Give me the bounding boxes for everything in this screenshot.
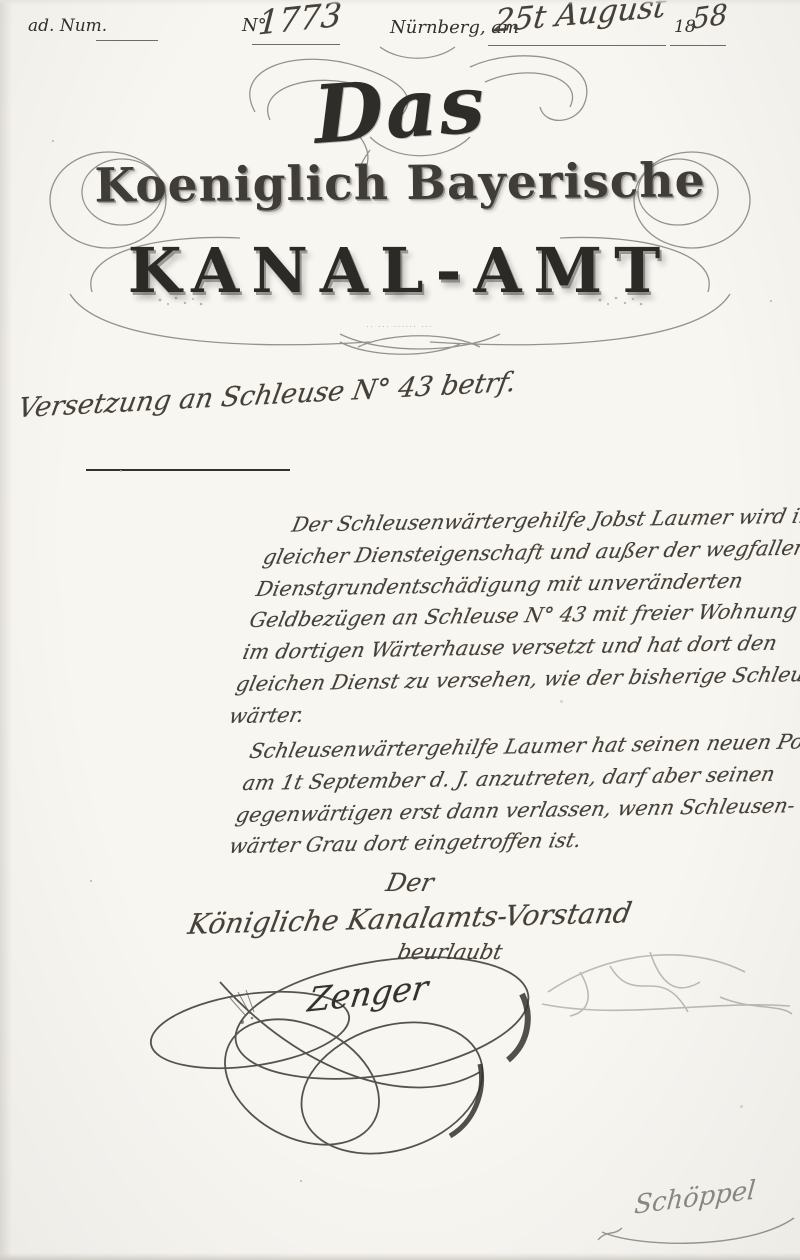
body-paragraph-2: Schleusenwärtergehilfe Laumer hat seinen… — [226, 726, 800, 864]
scanned-document-page: ad. Num. N° 1773 Nürnberg, am 25t August… — [0, 0, 800, 1260]
subject-divider-rule — [86, 469, 290, 471]
scan-edge-bottom — [0, 1253, 800, 1260]
letterhead-word-das: Das — [297, 55, 503, 163]
footer-note-underline-flourish — [598, 1214, 798, 1254]
date-handwritten: 25t August — [492, 0, 668, 40]
scan-speck — [770, 300, 772, 302]
scan-speck — [300, 1180, 302, 1182]
scan-speck — [120, 470, 122, 472]
year-handwritten: 58 — [692, 0, 728, 36]
subject-line-handwritten: Versetzung an Schleuse N° 43 betrf. — [16, 367, 519, 424]
ad-num-label: ad. Num. — [28, 16, 107, 36]
letterhead-line-koeniglich-bayerische: Koeniglich Bayerische — [0, 153, 800, 215]
scan-speck — [740, 1105, 743, 1108]
body-paragraph-1: Der Schleusenwärtergehilfe Jobst Laumer … — [226, 499, 800, 732]
engraver-credit-tiny-text: ·· ··· ······ ··· — [0, 324, 800, 331]
pencil-countersignature-illegible — [540, 942, 795, 1027]
letterhead-line-kanal-amt: KANAL-AMT — [0, 234, 800, 307]
scan-edge-left — [0, 0, 12, 1260]
document-number-handwritten: 1773 — [257, 0, 343, 43]
scan-edge-top — [0, 0, 800, 5]
scan-speck — [690, 520, 692, 522]
closing-der: Der — [327, 868, 493, 897]
closing-title-kanalamts-vorstand: Königliche Kanalamts-Vorstand — [37, 892, 783, 945]
scan-speck — [90, 880, 92, 882]
ad-num-blank-line — [96, 40, 158, 41]
scan-speck — [560, 700, 563, 703]
scan-speck — [52, 140, 54, 142]
